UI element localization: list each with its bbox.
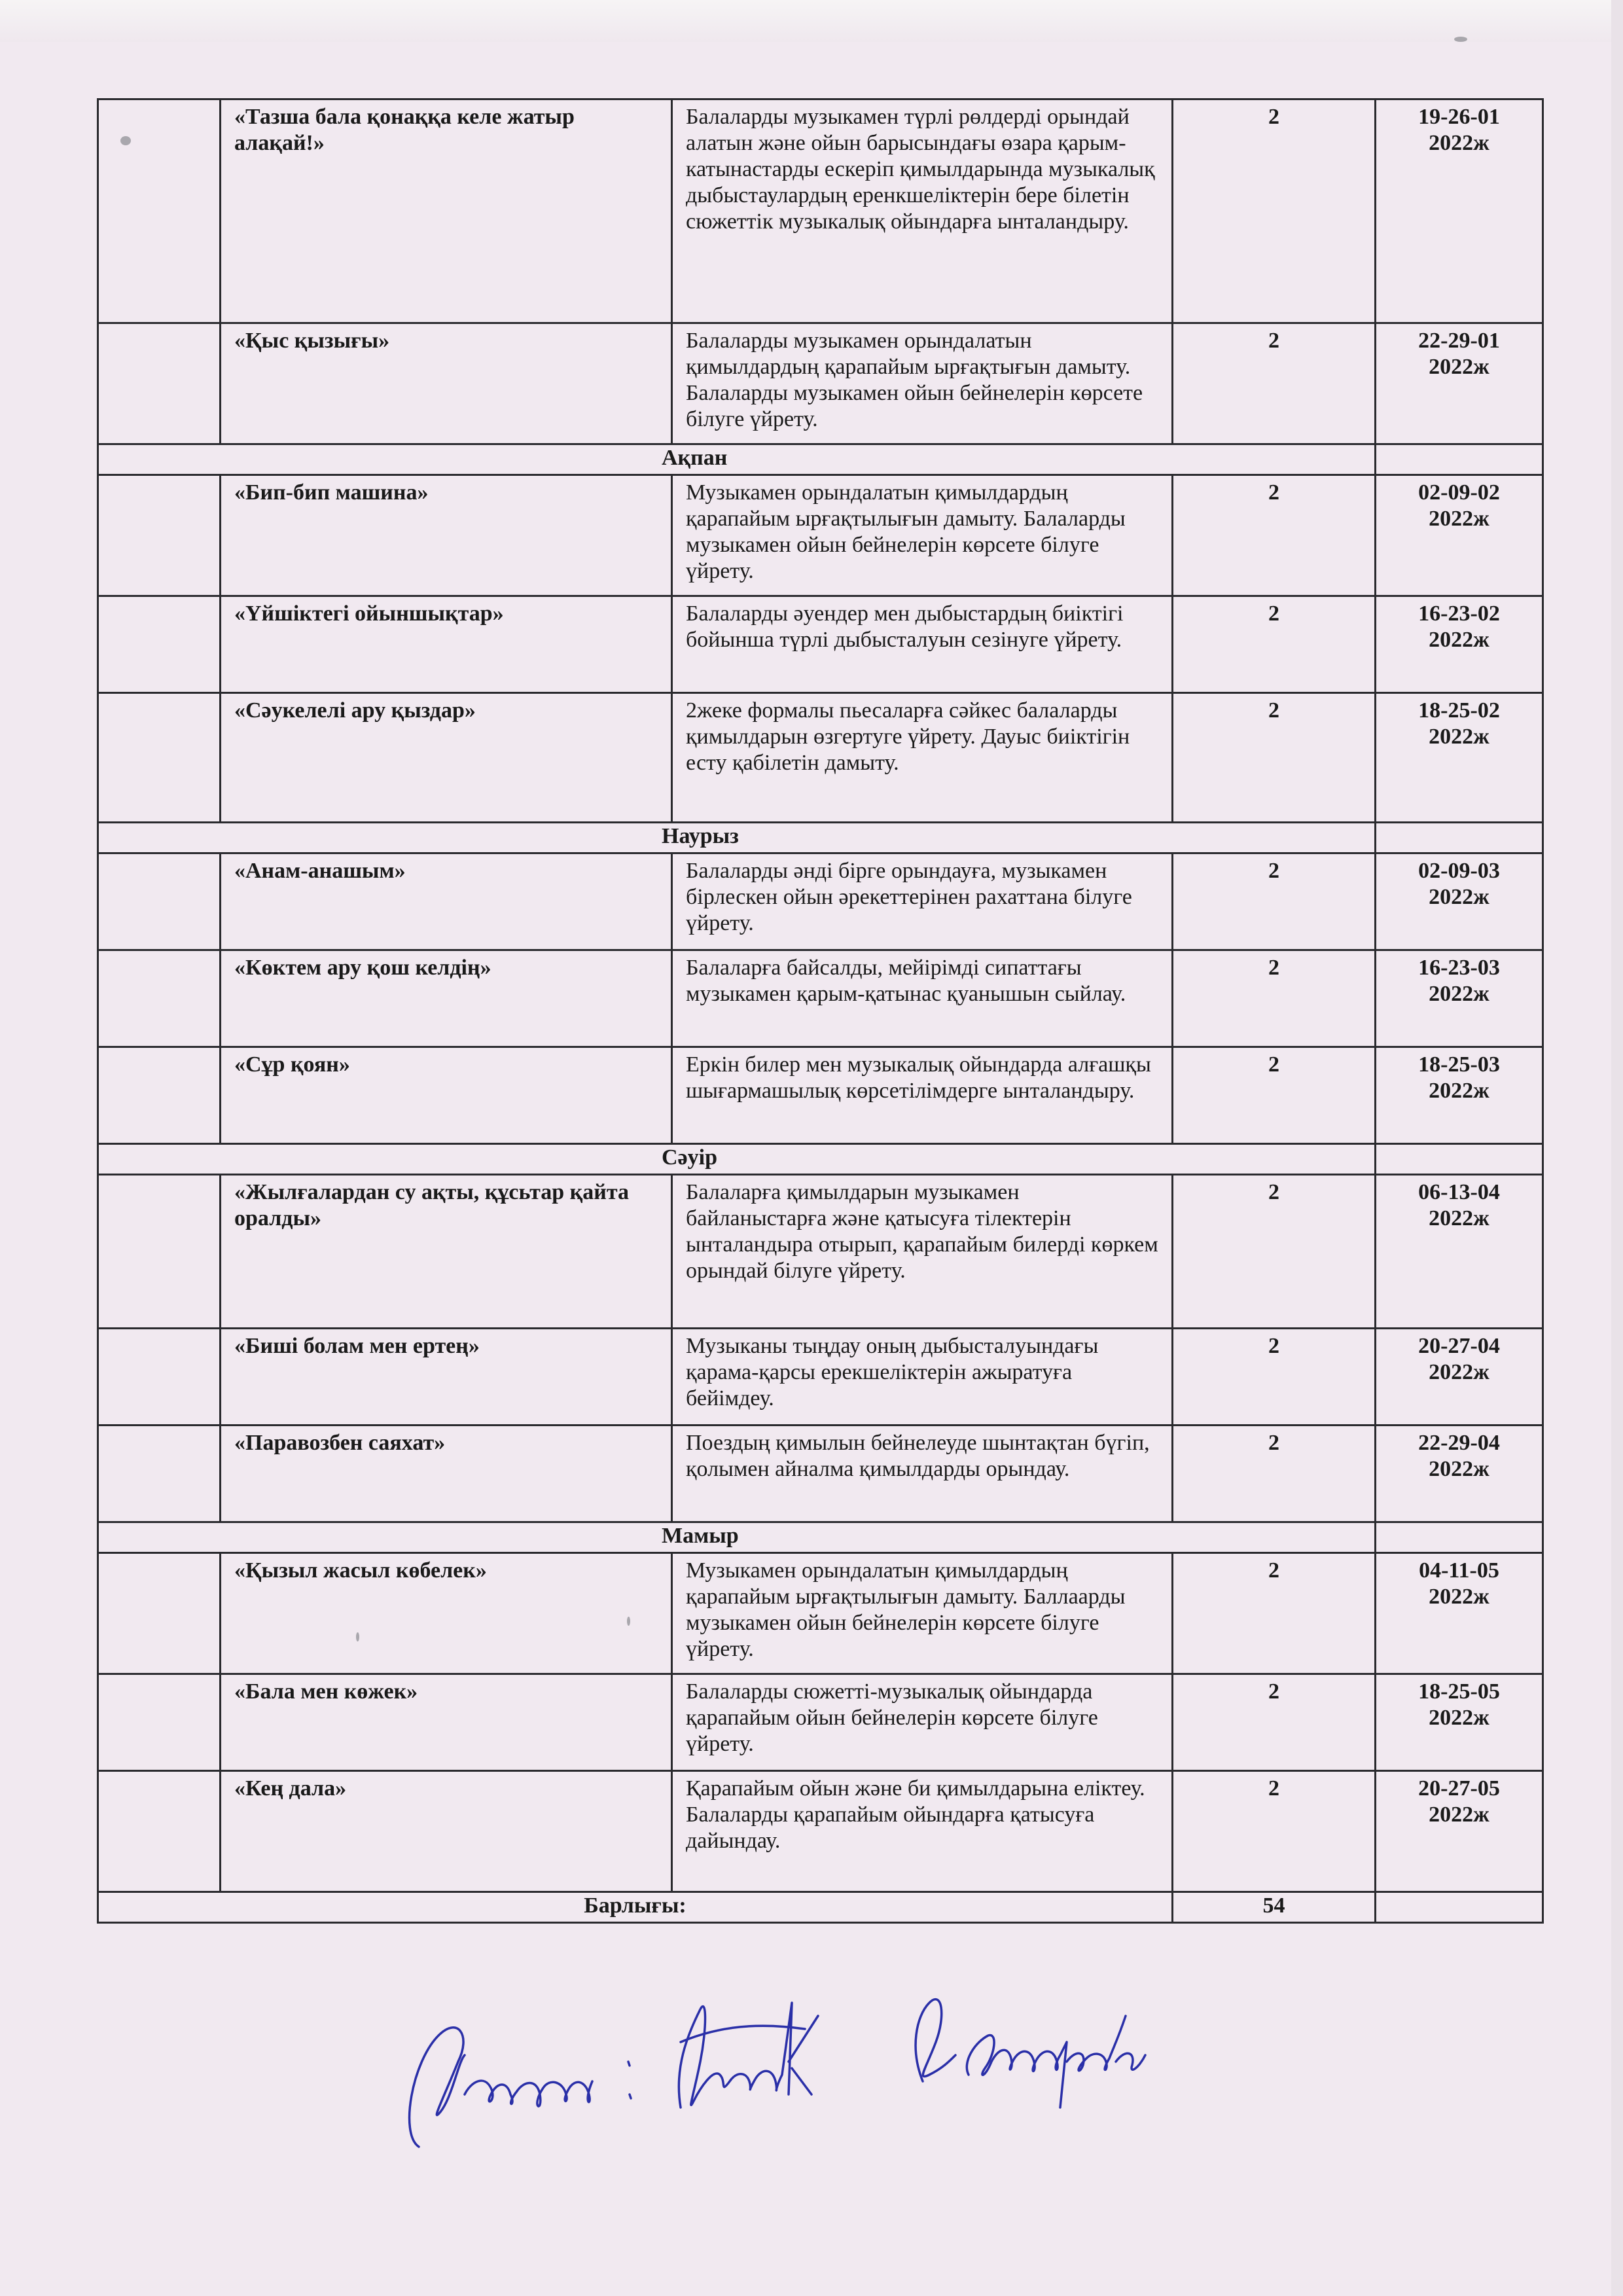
- lesson-hours: 2: [1173, 596, 1376, 693]
- date-year: 2022ж: [1429, 628, 1489, 652]
- month-header-row: Сәуір: [98, 1144, 1543, 1175]
- date-year: 2022ж: [1429, 1206, 1489, 1230]
- lesson-date: 20-27-052022ж: [1376, 1771, 1543, 1892]
- lesson-row: «Биші болам мен ертең» Музыканы тыңдау о…: [98, 1329, 1543, 1426]
- date-year: 2022ж: [1429, 355, 1489, 379]
- lesson-date: 18-25-022022ж: [1376, 693, 1543, 823]
- lesson-hours: 2: [1173, 693, 1376, 823]
- month-header-row: Ақпан: [98, 444, 1543, 475]
- lesson-hours: 2: [1173, 1329, 1376, 1426]
- date-range: 22-29-04: [1418, 1431, 1500, 1455]
- month-empty-cell: [1376, 823, 1543, 853]
- date-range: 18-25-05: [1418, 1679, 1500, 1704]
- lesson-row: «Бала мен көжек» Балаларды сюжетті-музык…: [98, 1674, 1543, 1771]
- month-empty-cell: [1376, 1522, 1543, 1553]
- lesson-title: «Бала мен көжек»: [221, 1674, 672, 1771]
- date-range: 18-25-02: [1418, 698, 1500, 723]
- lesson-title: «Биші болам мен ертең»: [221, 1329, 672, 1426]
- lesson-hours: 2: [1173, 1674, 1376, 1771]
- total-empty-cell: [1376, 1892, 1543, 1923]
- lesson-description: Балаларды әнді бірге орындауға, музыкаме…: [672, 853, 1173, 950]
- lesson-date: 02-09-032022ж: [1376, 853, 1543, 950]
- date-range: 20-27-04: [1418, 1334, 1500, 1358]
- lesson-row: «Сұр қоян» Еркін билер мен музыкалық ойы…: [98, 1047, 1543, 1144]
- lesson-title: «Жылғалардан су ақты, құсьтар қайта орал…: [221, 1175, 672, 1329]
- month-header-row: Наурыз: [98, 823, 1543, 853]
- lesson-hours: 2: [1173, 1426, 1376, 1522]
- date-range: 04-11-05: [1419, 1558, 1499, 1583]
- scan-edge-top: [0, 0, 1623, 42]
- date-year: 2022ж: [1429, 885, 1489, 909]
- lesson-title: «Кең дала»: [221, 1771, 672, 1892]
- date-year: 2022ж: [1429, 131, 1489, 155]
- number-cell: [98, 1771, 221, 1892]
- number-cell: [98, 693, 221, 823]
- lesson-title: «Қызыл жасыл көбелек»: [221, 1553, 672, 1674]
- lesson-description: Музыкамен орындалатын қимылдардың қарапа…: [672, 1553, 1173, 1674]
- lesson-hours: 2: [1173, 1047, 1376, 1144]
- date-range: 22-29-01: [1418, 329, 1500, 353]
- lesson-description: Музыкамен орындалатын қимылдардың қарапа…: [672, 475, 1173, 596]
- date-year: 2022ж: [1429, 1803, 1489, 1827]
- lesson-title: «Көктем ару қош келдің»: [221, 950, 672, 1047]
- lesson-description: Балаларды сюжетті-музыкалық ойындарда қа…: [672, 1674, 1173, 1771]
- date-range: 19-26-01: [1418, 105, 1500, 129]
- lesson-hours: 2: [1173, 1175, 1376, 1329]
- month-empty-cell: [1376, 1144, 1543, 1175]
- date-year: 2022ж: [1429, 982, 1489, 1006]
- number-cell: [98, 99, 221, 323]
- number-cell: [98, 853, 221, 950]
- lesson-hours: 2: [1173, 99, 1376, 323]
- lesson-hours: 2: [1173, 323, 1376, 444]
- date-year: 2022ж: [1429, 507, 1489, 531]
- number-cell: [98, 1674, 221, 1771]
- date-range: 02-09-03: [1418, 859, 1500, 883]
- handwritten-signature: [393, 1964, 1505, 2160]
- date-year: 2022ж: [1429, 725, 1489, 749]
- lesson-description: Балаларға қимылдарын музыкамен байланыст…: [672, 1175, 1173, 1329]
- lesson-date: 22-29-012022ж: [1376, 323, 1543, 444]
- lesson-title: «Тазша бала қонаққа келе жатыр алақай!»: [221, 99, 672, 323]
- month-label: Ақпан: [98, 444, 1376, 475]
- date-range: 16-23-02: [1418, 601, 1500, 626]
- lesson-title: «Бип-бип машина»: [221, 475, 672, 596]
- lesson-row: «Паравозбен саяхат» Поездың қимылын бейн…: [98, 1426, 1543, 1522]
- lesson-date: 16-23-022022ж: [1376, 596, 1543, 693]
- lesson-row: «Тазша бала қонаққа келе жатыр алақай!» …: [98, 99, 1543, 323]
- lesson-title: «Паравозбен саяхат»: [221, 1426, 672, 1522]
- lesson-title: «Сәукелелі ару қыздар»: [221, 693, 672, 823]
- date-year: 2022ж: [1429, 1706, 1489, 1730]
- lesson-title: «Анам-анашым»: [221, 853, 672, 950]
- lesson-row: «Бип-бип машина» Музыкамен орындалатын қ…: [98, 475, 1543, 596]
- date-year: 2022ж: [1429, 1457, 1489, 1481]
- total-label: Барлығы:: [98, 1892, 1173, 1923]
- lesson-date: 18-25-052022ж: [1376, 1674, 1543, 1771]
- lesson-plan-body: «Тазша бала қонаққа келе жатыр алақай!» …: [98, 99, 1543, 1892]
- total-row: Барлығы: 54: [98, 1892, 1543, 1923]
- lesson-date: 18-25-032022ж: [1376, 1047, 1543, 1144]
- lesson-row: «Жылғалардан су ақты, құсьтар қайта орал…: [98, 1175, 1543, 1329]
- number-cell: [98, 323, 221, 444]
- number-cell: [98, 1175, 221, 1329]
- lesson-description: Қарапайым ойын және би қимылдарына елікт…: [672, 1771, 1173, 1892]
- lesson-description: Балаларға байсалды, мейірімді сипаттағы …: [672, 950, 1173, 1047]
- lesson-row: «Қызыл жасыл көбелек» Музыкамен орындала…: [98, 1553, 1543, 1674]
- lesson-title: «Үйшіктегі ойыншықтар»: [221, 596, 672, 693]
- lesson-description: Балаларды музыкамен орындалатын қимылдар…: [672, 323, 1173, 444]
- number-cell: [98, 596, 221, 693]
- scan-edge-right: [1611, 0, 1623, 2296]
- lesson-plan-table: «Тазша бала қонаққа келе жатыр алақай!» …: [97, 98, 1544, 1924]
- month-label: Мамыр: [98, 1522, 1376, 1553]
- date-year: 2022ж: [1429, 1079, 1489, 1103]
- lesson-date: 19-26-012022ж: [1376, 99, 1543, 323]
- lesson-title: «Қыс қызығы»: [221, 323, 672, 444]
- lesson-description: Музыканы тыңдау оның дыбысталуындағы қар…: [672, 1329, 1173, 1426]
- number-cell: [98, 1047, 221, 1144]
- lesson-description: Балаларды музыкамен түрлі рөлдерді орынд…: [672, 99, 1173, 323]
- lesson-hours: 2: [1173, 1771, 1376, 1892]
- date-range: 06-13-04: [1418, 1180, 1500, 1204]
- lesson-date: 02-09-022022ж: [1376, 475, 1543, 596]
- month-label: Сәуір: [98, 1144, 1376, 1175]
- lesson-row: «Көктем ару қош келдің» Балаларға байсал…: [98, 950, 1543, 1047]
- lesson-row: «Кең дала» Қарапайым ойын және би қимылд…: [98, 1771, 1543, 1892]
- lesson-row: «Анам-анашым» Балаларды әнді бірге орынд…: [98, 853, 1543, 950]
- lesson-hours: 2: [1173, 950, 1376, 1047]
- lesson-description: Балаларды әуендер мен дыбыстардың биікті…: [672, 596, 1173, 693]
- number-cell: [98, 1553, 221, 1674]
- date-year: 2022ж: [1429, 1360, 1489, 1384]
- date-range: 20-27-05: [1418, 1776, 1500, 1801]
- month-header-row: Мамыр: [98, 1522, 1543, 1553]
- month-empty-cell: [1376, 444, 1543, 475]
- lesson-date: 22-29-042022ж: [1376, 1426, 1543, 1522]
- number-cell: [98, 1426, 221, 1522]
- lesson-date: 06-13-042022ж: [1376, 1175, 1543, 1329]
- lesson-hours: 2: [1173, 475, 1376, 596]
- month-label: Наурыз: [98, 823, 1376, 853]
- lesson-description: Еркін билер мен музыкалық ойындарда алға…: [672, 1047, 1173, 1144]
- lesson-row: «Қыс қызығы» Балаларды музыкамен орындал…: [98, 323, 1543, 444]
- number-cell: [98, 1329, 221, 1426]
- lesson-date: 20-27-042022ж: [1376, 1329, 1543, 1426]
- lesson-hours: 2: [1173, 853, 1376, 950]
- number-cell: [98, 950, 221, 1047]
- signature-icon: [393, 1964, 1505, 2160]
- date-range: 02-09-02: [1418, 480, 1500, 505]
- lesson-date: 04-11-052022ж: [1376, 1553, 1543, 1674]
- date-range: 16-23-03: [1418, 956, 1500, 980]
- lesson-row: «Сәукелелі ару қыздар» 2жеке формалы пье…: [98, 693, 1543, 823]
- lesson-row: «Үйшіктегі ойыншықтар» Балаларды әуендер…: [98, 596, 1543, 693]
- date-range: 18-25-03: [1418, 1052, 1500, 1077]
- total-hours: 54: [1173, 1892, 1376, 1923]
- scan-speck: [1454, 37, 1467, 42]
- lesson-title: «Сұр қоян»: [221, 1047, 672, 1144]
- lesson-date: 16-23-032022ж: [1376, 950, 1543, 1047]
- lesson-hours: 2: [1173, 1553, 1376, 1674]
- number-cell: [98, 475, 221, 596]
- lesson-description: Поездың қимылын бейнелеуде шынтақтан бүг…: [672, 1426, 1173, 1522]
- date-year: 2022ж: [1429, 1585, 1489, 1609]
- lesson-description: 2жеке формалы пьесаларға сәйкес балалард…: [672, 693, 1173, 823]
